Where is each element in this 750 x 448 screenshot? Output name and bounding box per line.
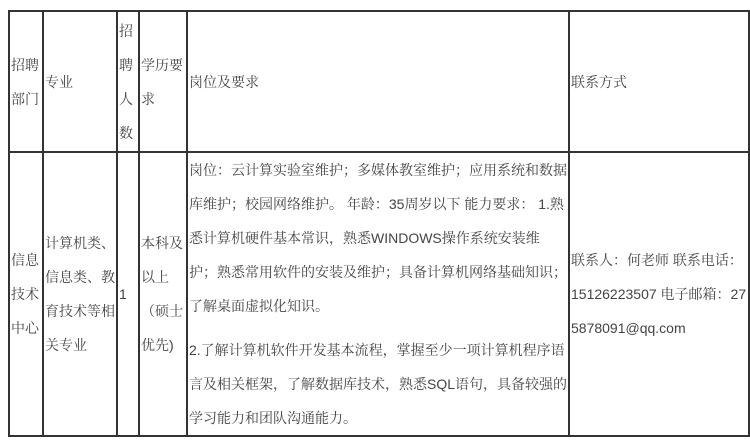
cell-education: 本科及以上 （硕士优先): [139, 152, 187, 436]
cell-headcount: 1: [117, 152, 139, 436]
cell-contact: 联系人：何老师 联系电话：15126223507 电子邮箱：275878091@…: [569, 152, 749, 436]
header-cell-headcount: 招聘人数: [117, 11, 139, 152]
header-cell-department: 招聘部门: [9, 11, 43, 152]
requirements-paragraph-1: 岗位：云计算实验室维护；多媒体教室维护；应用系统和数据库维护；校园网络维护。 年…: [189, 153, 567, 323]
header-cell-requirements: 岗位及要求: [187, 11, 569, 152]
header-cell-contact: 联系方式: [569, 11, 749, 152]
header-cell-major: 专业: [43, 11, 117, 152]
cell-major: 计算机类、信息类、教育技术等相关专业: [43, 152, 117, 436]
data-row: 信息技术中心 计算机类、信息类、教育技术等相关专业 1 本科及以上 （硕士优先)…: [9, 152, 749, 436]
header-row: 招聘部门 专业 招聘人数 学历要求 岗位及要求 联系方式: [9, 11, 749, 152]
cell-department: 信息技术中心: [9, 152, 43, 436]
cell-requirements: 岗位：云计算实验室维护；多媒体教室维护；应用系统和数据库维护；校园网络维护。 年…: [187, 152, 569, 436]
requirements-paragraph-2: 2.了解计算机软件开发基本流程，掌握至少一项计算机程序语言及相关框架，了解数据库…: [189, 333, 567, 435]
recruitment-table: 招聘部门 专业 招聘人数 学历要求 岗位及要求 联系方式 信息技术中心 计算机类…: [8, 10, 750, 437]
header-cell-education: 学历要求: [139, 11, 187, 152]
